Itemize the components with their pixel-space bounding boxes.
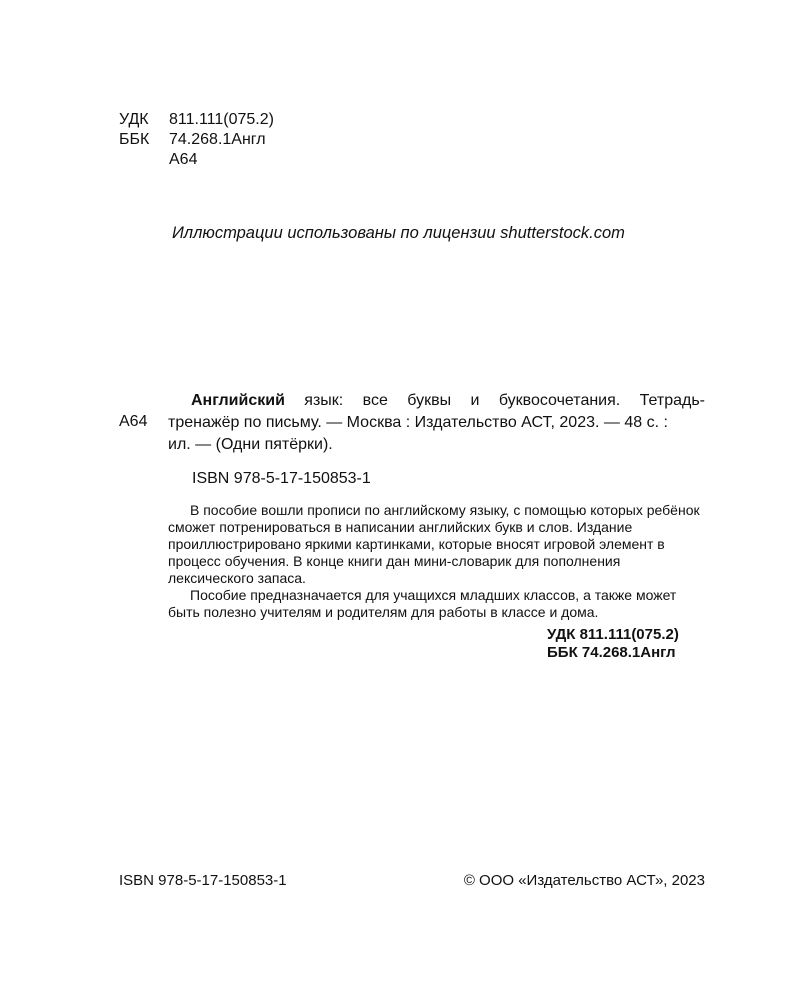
biblio-line-1: Английский язык: все буквы и буквосочета… [168,390,705,412]
illustration-credit: Иллюстрации использованы по лицензии shu… [172,224,625,243]
index-udk: УДК 811.111(075.2) [547,626,679,644]
bbk-value: 74.268.1Англ [169,130,266,150]
author-mark-row: А64 [119,150,197,170]
udk-row: УДК811.111(075.2) [119,110,274,130]
bbk-row: ББК74.268.1Англ [119,130,266,150]
biblio-author-mark: А64 [119,412,147,432]
bibliographic-record: Английский язык: все буквы и буквосочета… [168,390,705,456]
footer-isbn: ISBN 978-5-17-150853-1 [119,872,287,889]
udk-label: УДК [119,110,169,130]
author-mark: А64 [169,150,197,170]
biblio-title-bold: Английский [191,392,285,409]
index-bbk: ББК 74.268.1Англ [547,644,679,662]
isbn: ISBN 978-5-17-150853-1 [192,469,371,489]
biblio-line-2: тренажёр по письму. — Москва : Издательс… [168,412,705,434]
udk-value: 811.111(075.2) [169,110,274,130]
annotation: В пособие вошли прописи по английскому я… [168,502,705,621]
bbk-label: ББК [119,130,169,150]
annotation-paragraph-1: В пособие вошли прописи по английскому я… [168,502,705,587]
footer-copyright: © ООО «Издательство АСТ», 2023 [464,872,705,889]
biblio-line-1-rest: язык: все буквы и буквосочетания. Тетрад… [285,392,705,409]
index-block: УДК 811.111(075.2) ББК 74.268.1Англ [547,626,679,662]
annotation-paragraph-2: Пособие предназначается для учащихся мла… [168,587,705,621]
biblio-line-3: ил. — (Одни пятёрки). [168,434,705,456]
